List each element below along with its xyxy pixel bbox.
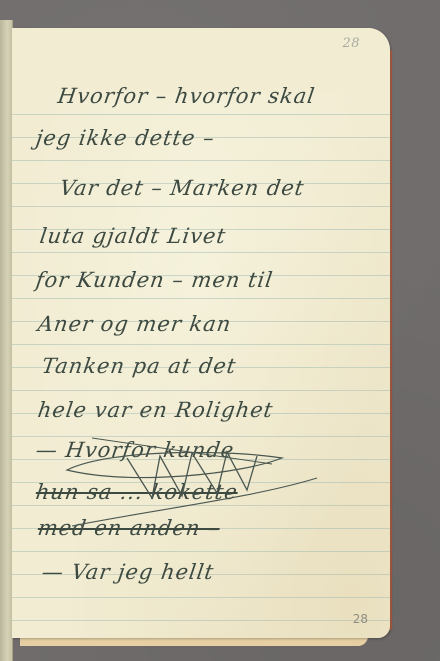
handwritten-line-2: jeg ikke dette – <box>34 126 216 150</box>
notebook-page: 28 Hvorfor – hvorfor skal jeg ikke dette… <box>12 28 390 638</box>
handwritten-line-5: for Kunden – men til <box>34 268 274 292</box>
handwritten-line-4: luta gjaldt Livet <box>38 224 227 248</box>
page-number-top: 28 <box>342 36 360 51</box>
handwritten-line-3: Var det – Marken det <box>58 176 306 200</box>
handwritten-line-10-struck: hun sa ... kokette <box>34 480 239 504</box>
page-number-bottom: 28 <box>353 612 368 626</box>
handwritten-line-1: Hvorfor – hvorfor skal <box>56 84 316 108</box>
page-top-margin <box>12 28 390 92</box>
handwritten-line-7: Tanken pa at det <box>40 354 238 378</box>
handwritten-line-8: hele var en Rolighet <box>36 398 275 422</box>
handwritten-line-11-struck: med en anden – <box>36 516 221 540</box>
handwritten-line-6: Aner og mer kan <box>36 312 233 336</box>
handwritten-line-12: — Var jeg hellt <box>40 560 215 584</box>
handwritten-line-9: — Hvorfor kunde <box>34 438 236 462</box>
